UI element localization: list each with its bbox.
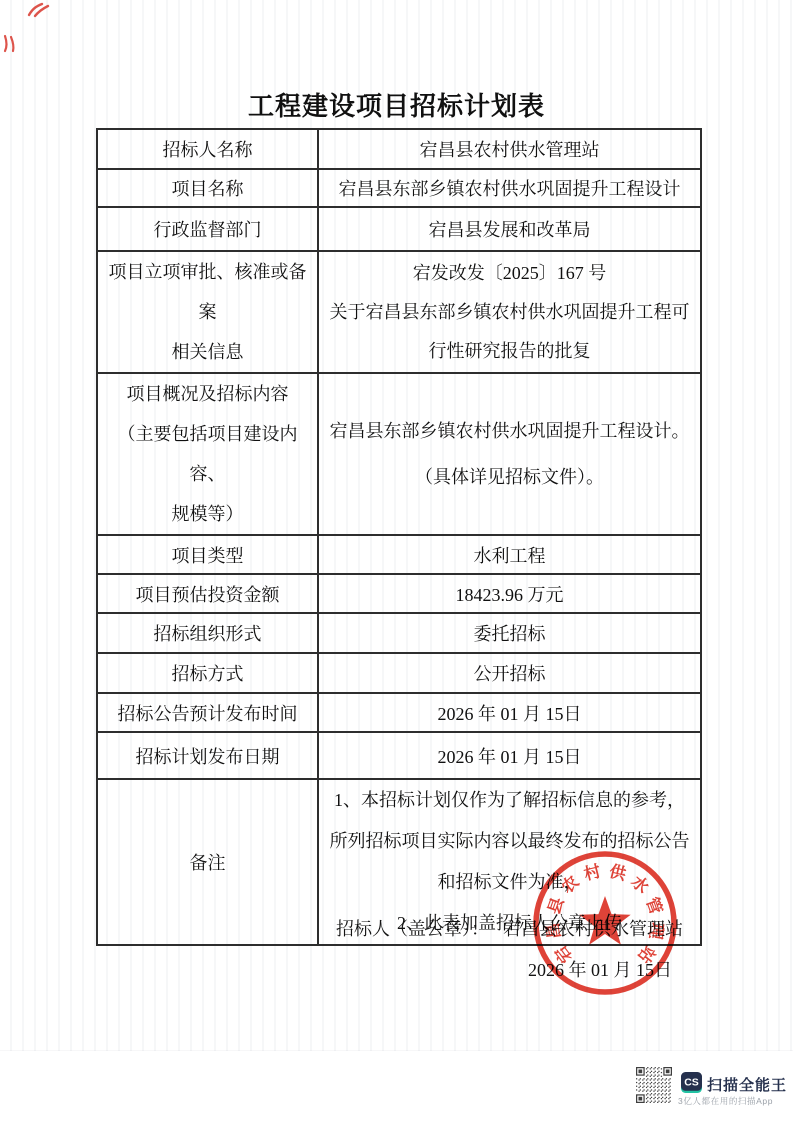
signature-org: 宕昌县农村供水管理站 [503, 919, 683, 939]
row-label: 招标公告预计发布时间 [97, 693, 318, 732]
qr-code-icon [636, 1066, 672, 1104]
row-value: 宕昌县东部乡镇农村供水巩固提升工程设计。 （具体详见招标文件）。 [318, 373, 701, 535]
row-value: 2026 年 01 月 15日 [318, 732, 701, 779]
table-row: 招标人名称 宕昌县农村供水管理站 [97, 129, 701, 169]
row-value: 18423.96 万元 [318, 574, 701, 613]
row-label: 行政监督部门 [97, 207, 318, 251]
row-label: 招标组织形式 [97, 613, 318, 653]
row-value: 2026 年 01 月 15日 [318, 693, 701, 732]
table-row: 项目概况及招标内容 （主要包括项目建设内容、 规模等） 宕昌县东部乡镇农村供水巩… [97, 373, 701, 535]
table-row: 招标公告预计发布时间 2026 年 01 月 15日 [97, 693, 701, 732]
table-row: 项目立项审批、核准或备案 相关信息 宕发改发〔2025〕167 号 关于宕昌县东… [97, 251, 701, 373]
red-scan-mark-icon [1, 34, 16, 53]
signature-line: 招标人（盖公章）：宕昌县农村供水管理站 [336, 915, 683, 941]
row-label: 项目类型 [97, 535, 318, 574]
page-title: 工程建设项目招标计划表 [0, 86, 793, 123]
svg-text:CS: CS [684, 1077, 699, 1089]
watermark-tagline: 3亿人都在用的扫描App [678, 1095, 773, 1107]
row-label: 招标人名称 [97, 129, 318, 169]
red-scan-mark-icon [26, 2, 50, 18]
table-row: 项目预估投资金额 18423.96 万元 [97, 574, 701, 613]
row-value: 水利工程 [318, 535, 701, 574]
row-value: 宕昌县农村供水管理站 [318, 129, 701, 169]
signature-label: 招标人（盖公章）： [336, 919, 489, 939]
row-label: 项目预估投资金额 [97, 574, 318, 613]
table-row: 项目名称 宕昌县东部乡镇农村供水巩固提升工程设计 [97, 169, 701, 207]
bidding-plan-table: 招标人名称 宕昌县农村供水管理站 项目名称 宕昌县东部乡镇农村供水巩固提升工程设… [96, 128, 702, 946]
row-label: 项目名称 [97, 169, 318, 207]
row-label: 项目立项审批、核准或备案 相关信息 [97, 251, 318, 373]
row-label: 招标方式 [97, 653, 318, 693]
row-value: 宕昌县东部乡镇农村供水巩固提升工程设计 [318, 169, 701, 207]
row-value: 委托招标 [318, 613, 701, 653]
watermark-app-name: 扫描全能王 [707, 1074, 787, 1095]
table-row: 招标方式 公开招标 [97, 653, 701, 693]
table-row: 行政监督部门 宕昌县发展和改革局 [97, 207, 701, 251]
row-value: 宕昌县发展和改革局 [318, 207, 701, 251]
table-row: 招标组织形式 委托招标 [97, 613, 701, 653]
row-label: 招标计划发布日期 [97, 732, 318, 779]
row-value: 公开招标 [318, 653, 701, 693]
camscanner-logo-icon: CS [681, 1072, 702, 1093]
signature-date: 2026 年 01 月 15日 [528, 956, 672, 982]
row-value: 宕发改发〔2025〕167 号 关于宕昌县东部乡镇农村供水巩固提升工程可行性研究… [318, 251, 701, 373]
table-row: 项目类型 水利工程 [97, 535, 701, 574]
row-label: 项目概况及招标内容 （主要包括项目建设内容、 规模等） [97, 373, 318, 535]
table-row: 招标计划发布日期 2026 年 01 月 15日 [97, 732, 701, 779]
row-label: 备注 [97, 779, 318, 945]
